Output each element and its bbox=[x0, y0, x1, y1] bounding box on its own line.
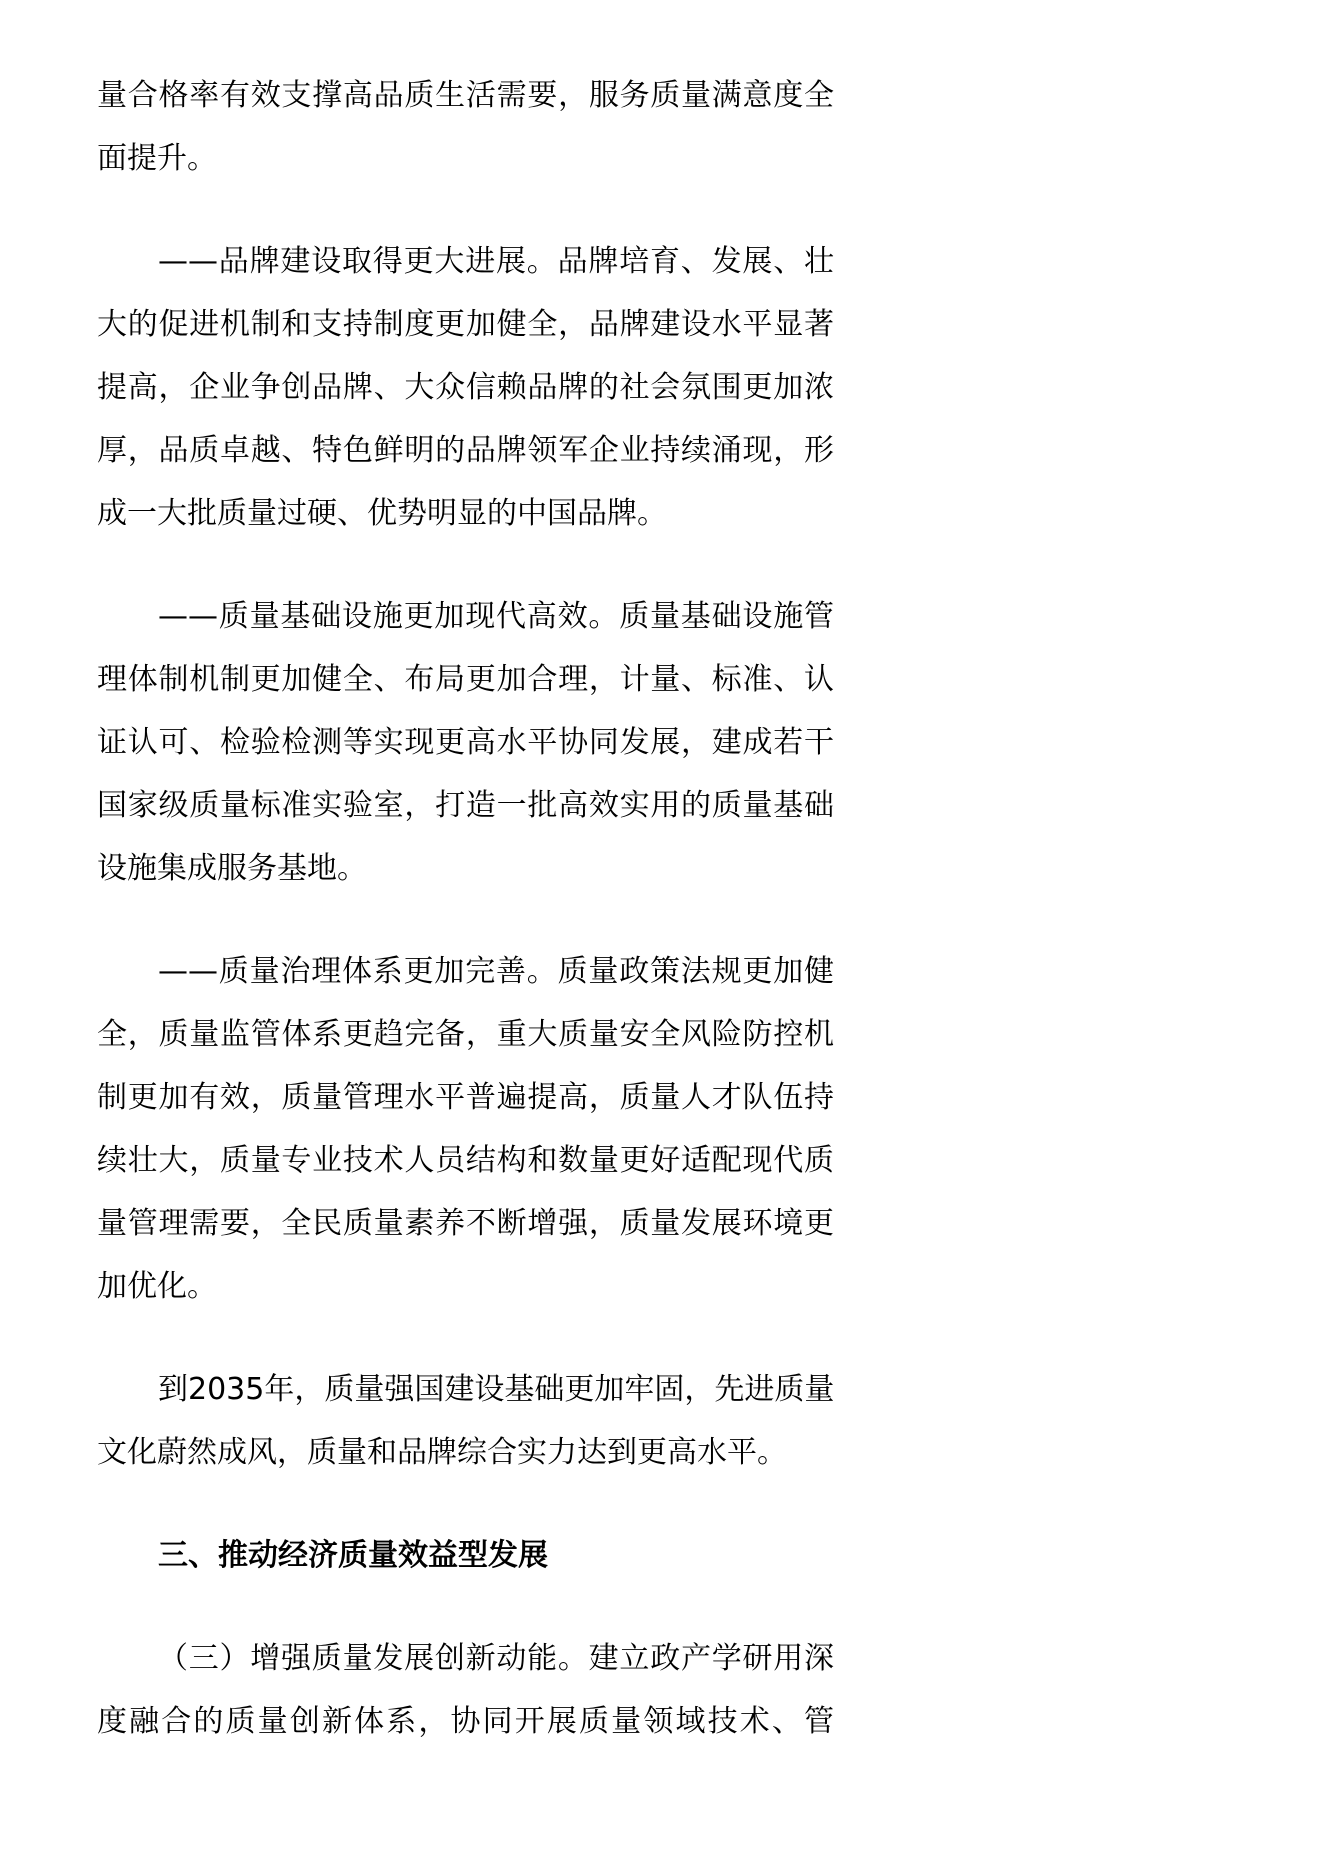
text-line: 量合格率有效支撑高品质生活需要，服务质量满意度全 bbox=[97, 64, 834, 127]
text-line: 国家级质量标准实验室，打造一批高效实用的质量基础 bbox=[97, 774, 834, 837]
text-line: 提高，企业争创品牌、大众信赖品牌的社会氛围更加浓 bbox=[97, 356, 834, 419]
text-line: 设施集成服务基地。 bbox=[97, 837, 834, 900]
paragraph-quality-satisfaction-continued: 量合格率有效支撑高品质生活需要，服务质量满意度全 面提升。 bbox=[97, 64, 834, 190]
text-line: 到2035年，质量强国建设基础更加牢固，先进质量 bbox=[97, 1358, 834, 1421]
text-line: 制更加有效，质量管理水平普遍提高，质量人才队伍持 bbox=[97, 1066, 834, 1129]
text-line: 理体制机制更加健全、布局更加合理，计量、标准、认 bbox=[97, 648, 834, 711]
text-line: 度融合的质量创新体系，协同开展质量领域技术、管 bbox=[97, 1690, 834, 1753]
text-line: 续壮大，质量专业技术人员结构和数量更好适配现代质 bbox=[97, 1129, 834, 1192]
text-line: 厚，品质卓越、特色鲜明的品牌领军企业持续涌现，形 bbox=[97, 419, 834, 482]
text-line: 量管理需要，全民质量素养不断增强，质量发展环境更 bbox=[97, 1192, 834, 1255]
text-line: ——质量基础设施更加现代高效。质量基础设施管 bbox=[97, 585, 834, 648]
text-line: 大的促进机制和支持制度更加健全，品牌建设水平显著 bbox=[97, 293, 834, 356]
paragraph-innovation-momentum: （三）增强质量发展创新动能。建立政产学研用深 度融合的质量创新体系，协同开展质量… bbox=[97, 1627, 834, 1753]
section-heading: 三、推动经济质量效益型发展 bbox=[97, 1524, 834, 1587]
text-line: ——质量治理体系更加完善。质量政策法规更加健 bbox=[97, 940, 834, 1003]
text-line: 面提升。 bbox=[97, 127, 834, 190]
section-heading-text: 三、推动经济质量效益型发展 bbox=[97, 1524, 834, 1587]
paragraph-quality-governance: ——质量治理体系更加完善。质量政策法规更加健 全，质量监管体系更趋完备，重大质量… bbox=[97, 940, 834, 1318]
paragraph-brand-building: ——品牌建设取得更大进展。品牌培育、发展、壮 大的促进机制和支持制度更加健全，品… bbox=[97, 230, 834, 545]
text-line: 文化蔚然成风，质量和品牌综合实力达到更高水平。 bbox=[97, 1421, 834, 1484]
paragraph-2035-goal: 到2035年，质量强国建设基础更加牢固，先进质量 文化蔚然成风，质量和品牌综合实… bbox=[97, 1358, 834, 1484]
document-page: 量合格率有效支撑高品质生活需要，服务质量满意度全 面提升。 ——品牌建设取得更大… bbox=[0, 0, 1323, 1871]
paragraph-quality-infrastructure: ——质量基础设施更加现代高效。质量基础设施管 理体制机制更加健全、布局更加合理，… bbox=[97, 585, 834, 900]
text-line: （三）增强质量发展创新动能。建立政产学研用深 bbox=[97, 1627, 834, 1690]
text-line: ——品牌建设取得更大进展。品牌培育、发展、壮 bbox=[97, 230, 834, 293]
text-line: 证认可、检验检测等实现更高水平协同发展，建成若干 bbox=[97, 711, 834, 774]
text-line: 全，质量监管体系更趋完备，重大质量安全风险防控机 bbox=[97, 1003, 834, 1066]
text-line: 加优化。 bbox=[97, 1255, 834, 1318]
text-line: 成一大批质量过硬、优势明显的中国品牌。 bbox=[97, 482, 834, 545]
